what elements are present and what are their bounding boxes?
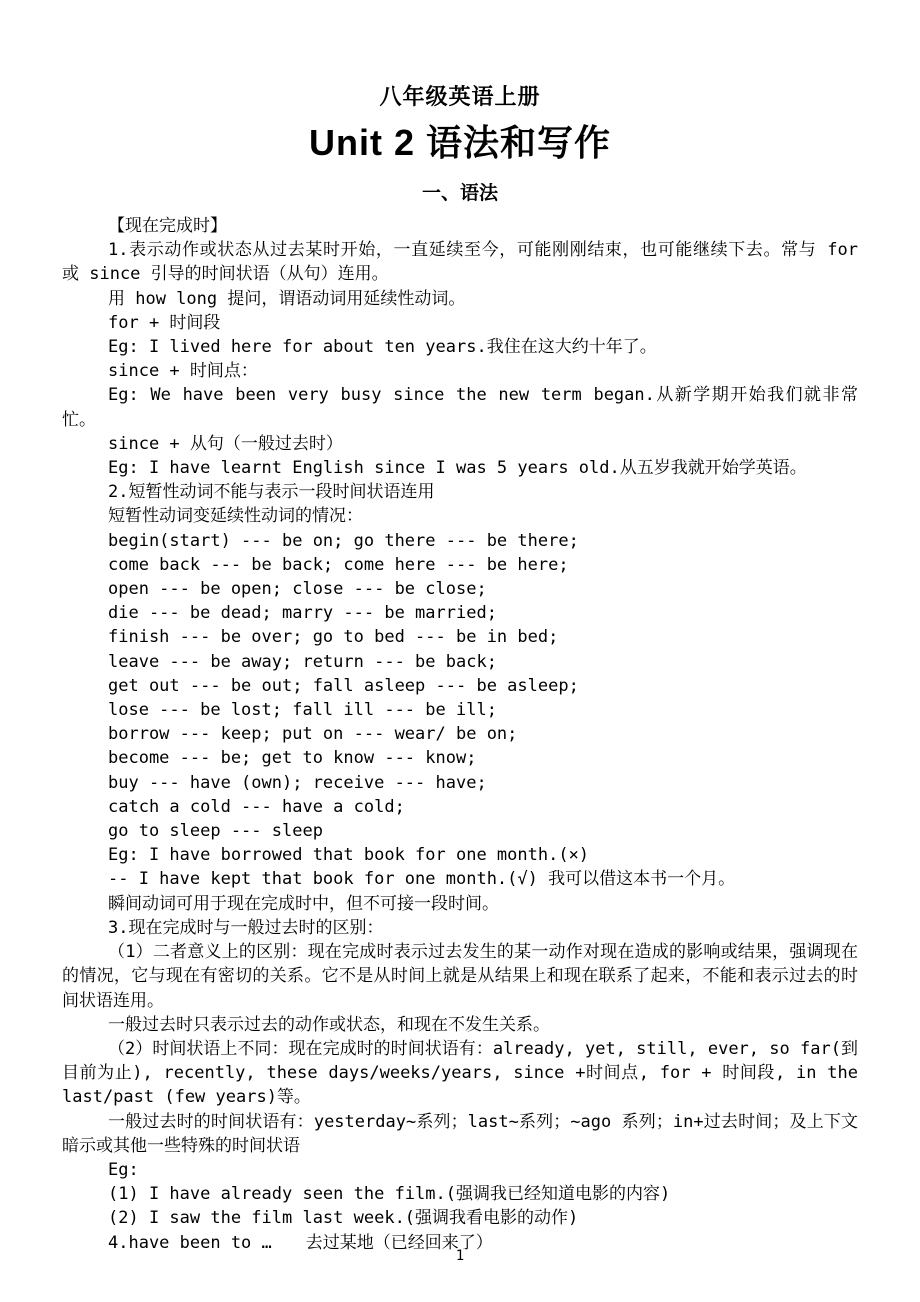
- paragraph: (1) I have already seen the film.(强调我已经知…: [62, 1182, 858, 1206]
- paragraph: 一般过去时的时间状语有：yesterday~系列；last~系列；~ago 系列…: [62, 1110, 858, 1158]
- paragraph: Eg: We have been very busy since the new…: [62, 383, 858, 431]
- paragraph: leave --- be away; return --- be back;: [62, 650, 858, 674]
- paragraph: Eg: I lived here for about ten years.我住在…: [62, 335, 858, 359]
- paragraph: come back --- be back; come here --- be …: [62, 553, 858, 577]
- paragraph: Eg:: [62, 1158, 858, 1182]
- paragraph: 【现在完成时】: [62, 214, 858, 238]
- paragraph: get out --- be out; fall asleep --- be a…: [62, 674, 858, 698]
- paragraph: finish --- be over; go to bed --- be in …: [62, 625, 858, 649]
- paragraph: since + 时间点：: [62, 359, 858, 383]
- paragraph: begin(start) --- be on; go there --- be …: [62, 529, 858, 553]
- paragraph: lose --- be lost; fall ill --- be ill;: [62, 698, 858, 722]
- page-number: 1: [0, 1248, 920, 1264]
- paragraph: go to sleep --- sleep: [62, 819, 858, 843]
- unit-title: Unit 2 语法和写作: [0, 123, 920, 163]
- document-page: 八年级英语上册 Unit 2 语法和写作 一、语法 【现在完成时】1.表示动作或…: [0, 0, 920, 1302]
- paragraph: 用 how long 提问，谓语动词用延续性动词。: [62, 287, 858, 311]
- paragraph: Eg: I have learnt English since I was 5 …: [62, 456, 858, 480]
- paragraph: buy --- have (own); receive --- have;: [62, 771, 858, 795]
- paragraph: 3.现在完成时与一般过去时的区别：: [62, 916, 858, 940]
- paragraph: Eg: I have borrowed that book for one mo…: [62, 843, 858, 867]
- paragraph: die --- be dead; marry --- be married;: [62, 601, 858, 625]
- paragraph: (2) I saw the film last week.(强调我看电影的动作): [62, 1206, 858, 1230]
- paragraph: 瞬间动词可用于现在完成时中，但不可接一段时间。: [62, 892, 858, 916]
- paragraph: borrow --- keep; put on --- wear/ be on;: [62, 722, 858, 746]
- paragraph: -- I have kept that book for one month.(…: [62, 867, 858, 891]
- paragraph: for + 时间段: [62, 311, 858, 335]
- document-body: 【现在完成时】1.表示动作或状态从过去某时开始，一直延续至今，可能刚刚结束，也可…: [0, 214, 920, 1255]
- paragraph: （2）时间状语上不同：现在完成时的时间状语有：already, yet, sti…: [62, 1037, 858, 1110]
- paragraph: since + 从句（一般过去时）: [62, 432, 858, 456]
- paragraph: become --- be; get to know --- know;: [62, 746, 858, 770]
- paragraph: （1）二者意义上的区别：现在完成时表示过去发生的某一动作对现在造成的影响或结果，…: [62, 940, 858, 1013]
- book-title: 八年级英语上册: [0, 0, 920, 110]
- paragraph: 短暂性动词变延续性动词的情况：: [62, 504, 858, 528]
- paragraph: catch a cold --- have a cold;: [62, 795, 858, 819]
- section-heading-grammar: 一、语法: [0, 183, 920, 205]
- paragraph: 2.短暂性动词不能与表示一段时间状语连用: [62, 480, 858, 504]
- paragraph: 一般过去时只表示过去的动作或状态，和现在不发生关系。: [62, 1013, 858, 1037]
- paragraph: 1.表示动作或状态从过去某时开始，一直延续至今，可能刚刚结束，也可能继续下去。常…: [62, 238, 858, 286]
- paragraph: open --- be open; close --- be close;: [62, 577, 858, 601]
